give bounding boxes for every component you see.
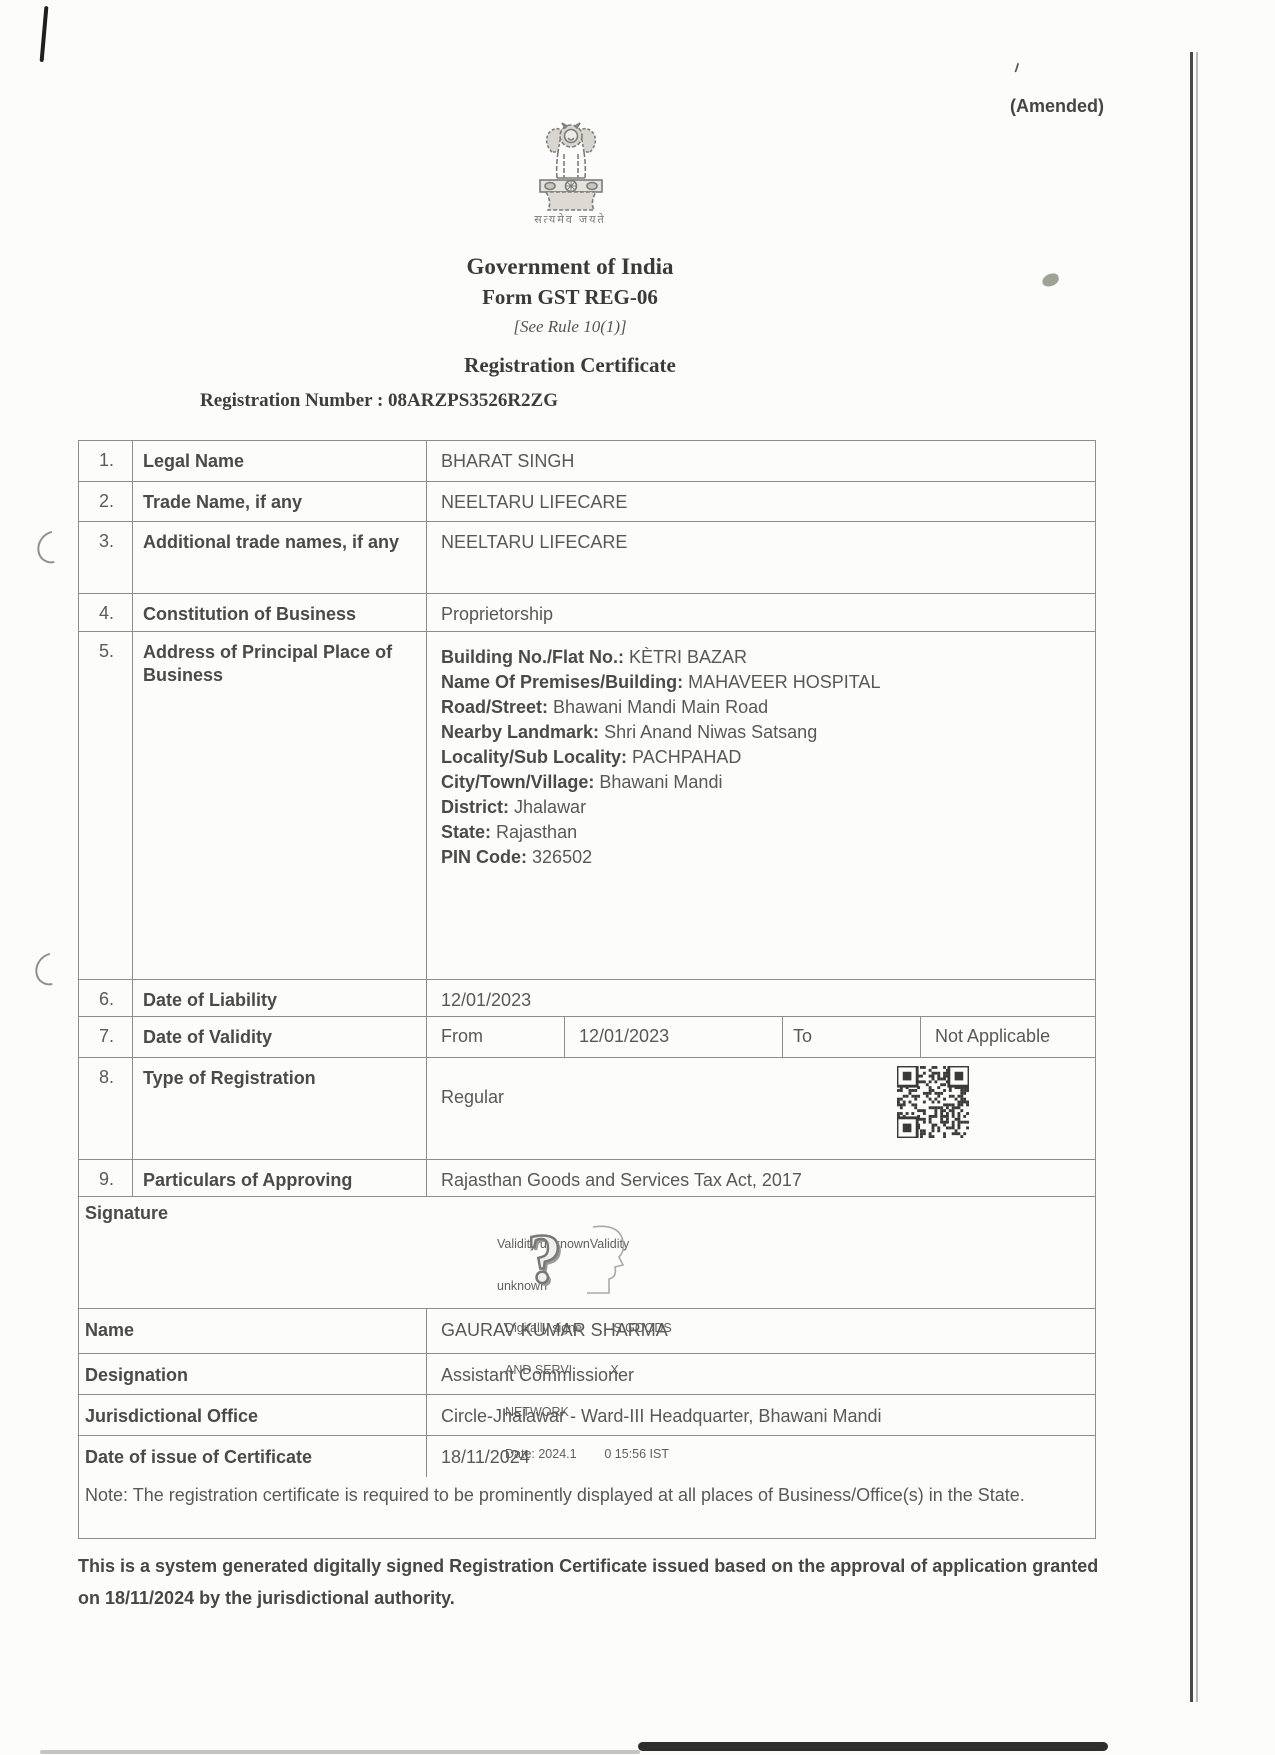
address-label: City/Town/Village: [441,772,594,792]
row-label: Legal Name [133,441,427,481]
pen-mark [40,6,49,62]
address-line: Nearby Landmark: Shri Anand Niwas Satsan… [441,720,1087,745]
stamp-line: Date: 2024.1 0 15:56 IST [497,1447,737,1461]
header-rule-reference: [See Rule 10(1)] [0,313,1140,340]
face-silhouette-icon [579,1223,639,1304]
header-government: Government of India [0,252,1140,282]
address-value: KÈTRI BAZAR [629,647,747,667]
validity-to-value: Not Applicable [921,1017,1095,1057]
document-header: Government of India Form GST REG-06 [See… [0,252,1140,380]
address-value: Bhawani Mandi Main Road [553,697,768,717]
signature-label: Signature [85,1203,168,1224]
national-emblem-icon [526,118,616,219]
question-mark-icon: ? [527,1225,562,1295]
table-row-legal-name: 1. Legal Name BHARAT SINGH [79,441,1095,481]
row-label: Trade Name, if any [133,482,427,521]
table-row-trade-name: 2. Trade Name, if any NEELTARU LIFECARE [79,481,1095,521]
table-row-date-of-validity: 7. Date of Validity From 12/01/2023 To N… [79,1016,1095,1057]
footer-line: on 18/11/2024 by the jurisdictional auth… [78,1582,1113,1614]
address-label: Locality/Sub Locality: [441,747,627,767]
footer-line: This is a system generated digitally sig… [78,1550,1113,1582]
address-label: State: [441,822,491,842]
row-label: Address of Principal Place of Business [133,632,427,979]
row-number: 8. [79,1058,133,1159]
row-number: 3. [79,522,133,593]
signature-section: Signature Validity unknownValidity unkno… [79,1196,1095,1308]
address-label: PIN Code: [441,847,527,867]
table-row-date-of-liability: 6. Date of Liability 12/01/2023 [79,979,1095,1016]
row-label: Date of Liability [133,980,427,1016]
row-value: NEELTARU LIFECARE [427,522,1095,593]
scanner-streak-faint [40,1750,640,1754]
footer-text: This is a system generated digitally sig… [78,1550,1113,1614]
address-value: MAHAVEER HOSPITAL [688,672,880,692]
qr-code-icon [897,1066,969,1138]
row-value: Proprietorship [427,594,1095,631]
table-row-particulars-of-approving: 9. Particulars of Approving Rajasthan Go… [79,1159,1095,1196]
address-label: District: [441,797,509,817]
address-value: Shri Anand Niwas Satsang [604,722,817,742]
address-label: Building No./Flat No.: [441,647,624,667]
stamp-line: AND SERVI X [497,1363,737,1377]
row-label: Jurisdictional Office [79,1395,427,1435]
table-row-additional-trade-names: 3. Additional trade names, if any NEELTA… [79,521,1095,593]
address-label: Road/Street: [441,697,548,717]
validity-from-label: From [427,1017,565,1057]
row-label: Constitution of Business [133,594,427,631]
address-line: City/Town/Village: Bhawani Mandi [441,770,1087,795]
address-line: Road/Street: Bhawani Mandi Main Road [441,695,1087,720]
row-number: 1. [79,441,133,481]
address-line: Locality/Sub Locality: PACHPAHAD [441,745,1087,770]
page-edge-line [1190,52,1193,1702]
address-value: 326502 [532,847,592,867]
tick-mark [1011,61,1020,72]
table-row-address: 5. Address of Principal Place of Busines… [79,631,1095,979]
address-label: Name Of Premises/Building: [441,672,683,692]
address-value: Jhalawar [514,797,586,817]
row-value: Regular [427,1058,1095,1159]
address-value: Rajasthan [496,822,577,842]
table-row-constitution: 4. Constitution of Business Proprietorsh… [79,593,1095,631]
address-value: PACHPAHAD [632,747,741,767]
registration-number: Registration Number : 08ARZPS3526R2ZG [200,390,558,412]
row-label: Particulars of Approving [133,1160,427,1196]
header-form-number: Form GST REG-06 [0,282,1140,313]
validity-from-value: 12/01/2023 [565,1017,783,1057]
address-line: District: Jhalawar [441,795,1087,820]
row-value: NEELTARU LIFECARE [427,482,1095,521]
address-line: Name Of Premises/Building: MAHAVEER HOSP… [441,670,1087,695]
stamp-line: Digitally signe S GOODS [497,1321,737,1335]
stamp-line: NETWORK [497,1405,737,1419]
certificate-page: (Amended) [0,0,1275,1755]
scanner-streak [638,1742,1108,1751]
row-label: Date of issue of Certificate [79,1436,427,1477]
page-title: Registration Certificate [0,350,1140,380]
row-label: Type of Registration [133,1058,427,1159]
row-number: 7. [79,1017,133,1057]
row-number: 9. [79,1160,133,1196]
address-value: Bhawani Mandi [599,772,722,792]
row-number: 6. [79,980,133,1016]
row-number: 4. [79,594,133,631]
row-label: Name [79,1309,427,1353]
row-label: Date of Validity [133,1017,427,1057]
row-label: Designation [79,1354,427,1394]
row-value: Rajasthan Goods and Services Tax Act, 20… [427,1160,1095,1196]
amended-label: (Amended) [1010,96,1104,117]
emblem-motto: सत्यमेव जयते [470,212,670,227]
certificate-table: 1. Legal Name BHARAT SINGH 2. Trade Name… [78,440,1096,1539]
row-value: 12/01/2023 [427,980,1095,1016]
address-line: State: Rajasthan [441,820,1087,845]
row-number: 2. [79,482,133,521]
hole-punch-icon [31,524,75,569]
hole-punch-icon [29,946,73,991]
address-line: PIN Code: 326502 [441,845,1087,870]
address-block: Building No./Flat No.: KÈTRI BAZAR Name … [427,632,1095,979]
address-line: Building No./Flat No.: KÈTRI BAZAR [441,645,1087,670]
page-edge-shadow [1196,52,1198,1702]
row-number: 5. [79,632,133,979]
validity-to-label: To [783,1017,921,1057]
row-value: BHARAT SINGH [427,441,1095,481]
row-label: Additional trade names, if any [133,522,427,593]
address-label: Nearby Landmark: [441,722,599,742]
